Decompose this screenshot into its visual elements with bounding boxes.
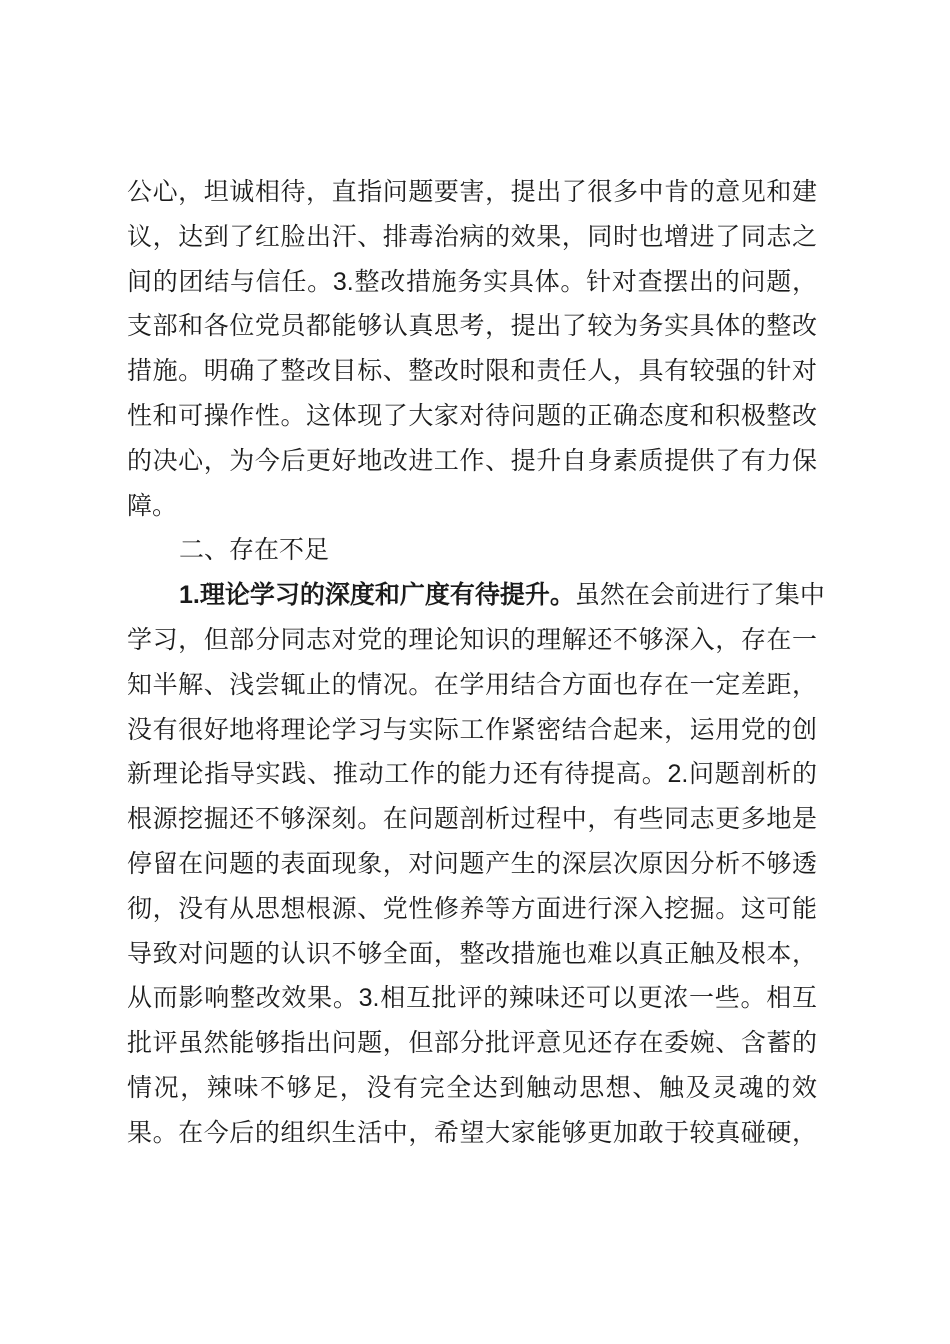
text-line: 从而影响整改效果。3.相互批评的辣味还可以更浓一些。相互 [127,976,817,1021]
lead-rest-text: 虽然在会前进行了集中 [575,581,825,609]
text-line: 情况，辣味不够足，没有完全达到触动思想、触及灵魂的效 [127,1066,817,1111]
text-line: 1.理论学习的深度和广度有待提升。虽然在会前进行了集中 [127,573,817,618]
text-line: 知半解、浅尝辄止的情况。在学用结合方面也存在一定差距， [127,663,817,708]
text-line: 根源挖掘还不够深刻。在问题剖析过程中，有些同志更多地是 [127,797,817,842]
text-line: 没有很好地将理论学习与实际工作紧密结合起来，运用党的创 [127,708,817,753]
text-line: 的决心，为今后更好地改进工作、提升自身素质提供了有力保 [127,439,817,484]
text-line: 公心，坦诚相待，直指问题要害，提出了很多中肯的意见和建 [127,170,817,215]
text-line: 批评虽然能够指出问题，但部分批评意见还存在委婉、含蓄的 [127,1021,817,1066]
section-heading: 二、存在不足 [127,528,817,573]
text-line: 果。在今后的组织生活中，希望大家能够更加敢于较真碰硬， [127,1111,817,1156]
text-line: 导致对问题的认识不够全面，整改措施也难以真正触及根本， [127,932,817,977]
text-line: 性和可操作性。这体现了大家对待问题的正确态度和积极整改 [127,394,817,439]
bold-point-lead: 1.理论学习的深度和广度有待提升。 [179,581,575,609]
text-line: 支部和各位党员都能够认真思考，提出了较为务实具体的整改 [127,304,817,349]
text-line: 彻，没有从思想根源、党性修养等方面进行深入挖掘。这可能 [127,887,817,932]
text-line: 停留在问题的表面现象，对问题产生的深层次原因分析不够透 [127,842,817,887]
paragraph-end-line: 障。 [127,484,817,529]
text-line: 间的团结与信任。3.整改措施务实具体。针对查摆出的问题， [127,260,817,305]
text-line: 新理论指导实践、推动工作的能力还有待提高。2.问题剖析的 [127,752,817,797]
document-page: 公心，坦诚相待，直指问题要害，提出了很多中肯的意见和建 议，达到了红脸出汗、排毒… [0,0,950,1344]
text-line: 措施。明确了整改目标、整改时限和责任人，具有较强的针对 [127,349,817,394]
text-line: 议，达到了红脸出汗、排毒治病的效果，同时也增进了同志之 [127,215,817,260]
document-body: 公心，坦诚相待，直指问题要害，提出了很多中肯的意见和建 议，达到了红脸出汗、排毒… [127,170,817,1156]
text-line: 学习，但部分同志对党的理论知识的理解还不够深入，存在一 [127,618,817,663]
